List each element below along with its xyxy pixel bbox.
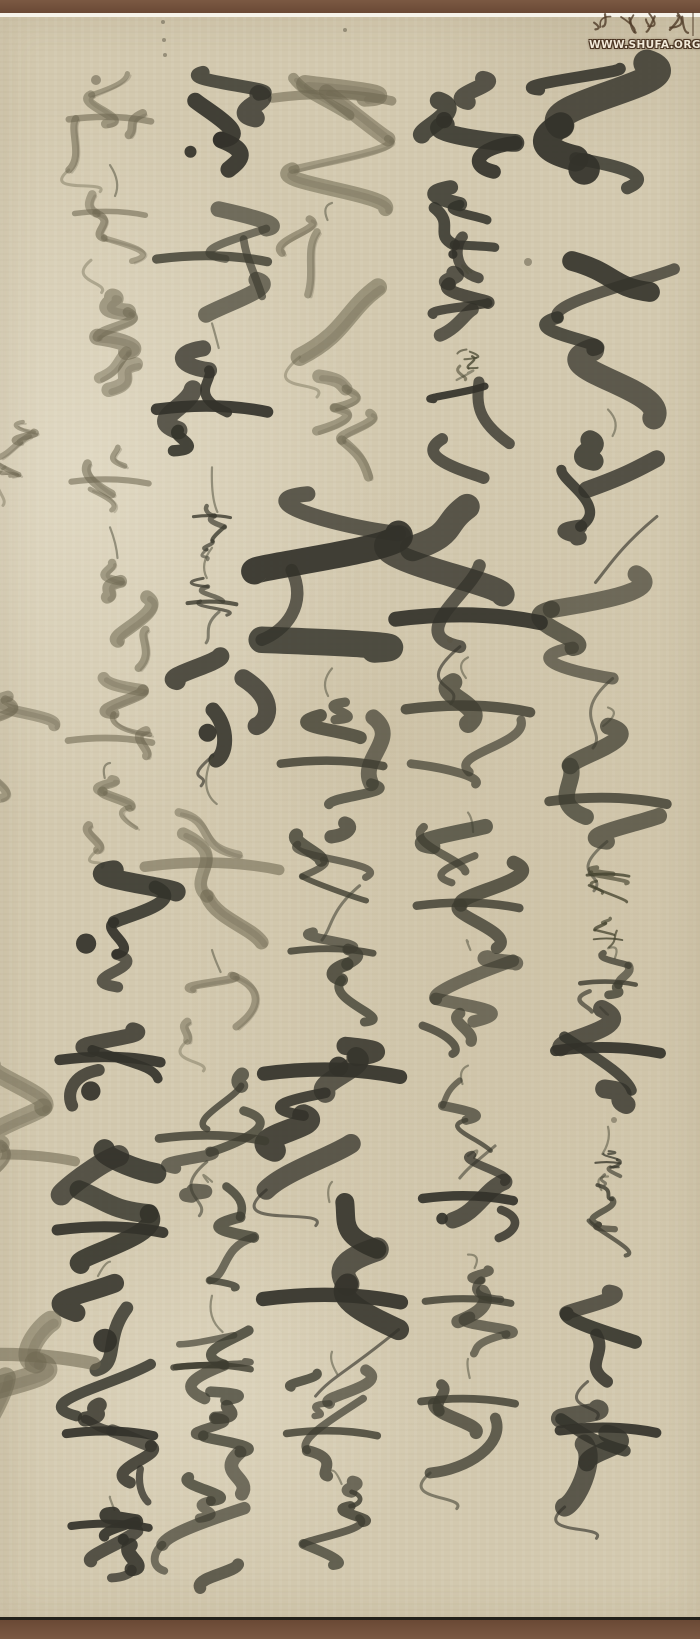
mount-band-bottom (0, 1620, 700, 1639)
watermark-seal-glyphs (590, 9, 696, 39)
watermark-url-text: WWW.SHUFA.ORG (589, 39, 697, 52)
paper-background (0, 17, 700, 1617)
site-watermark: WWW.SHUFA.ORG (589, 9, 697, 52)
calligraphy-scroll: WWW.SHUFA.ORG 鑑湖昔聞有□□共一心沿湖 老士人云、舊時湖也□田之□… (0, 0, 700, 1639)
